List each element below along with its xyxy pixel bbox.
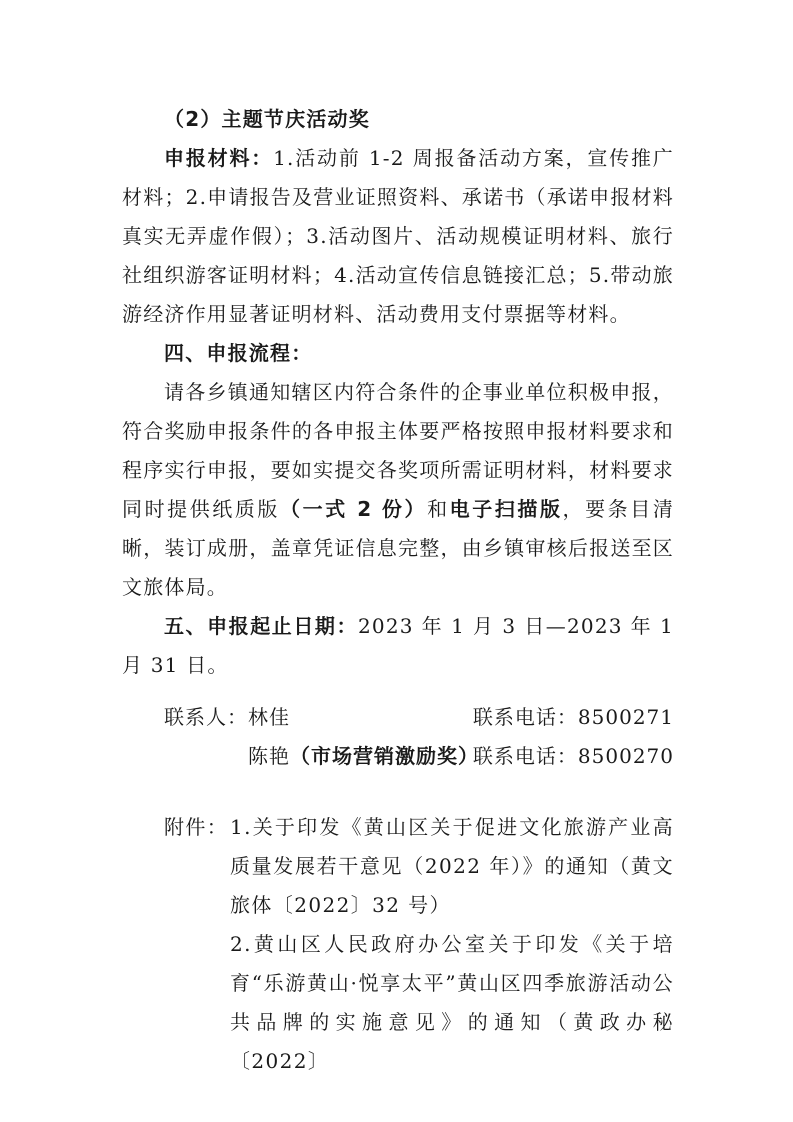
attachments-label: 附件： — [164, 808, 228, 847]
dates-paragraph: 五、申报起止日期：2023 年 1 月 3 日—2023 年 1 月 31 日。 — [122, 607, 674, 685]
contact-name-2: 陈艳 — [248, 744, 290, 768]
document-body: （2）主题节庆活动奖 申报材料：1.活动前 1-2 周报备活动方案，宣传推广材料… — [122, 100, 674, 685]
contact-note-2: （市场营销激励奖） — [290, 744, 479, 768]
process-heading: 四、申报流程： — [122, 334, 674, 373]
award-materials-paragraph: 申报材料：1.活动前 1-2 周报备活动方案，宣传推广材料；2.申请报告及营业证… — [122, 139, 674, 334]
materials-label: 申报材料： — [164, 146, 273, 170]
contact-phone-1: 联系电话：8500271 — [473, 698, 674, 737]
award-heading: （2）主题节庆活动奖 — [122, 100, 674, 139]
contact-person-2: 陈艳（市场营销激励奖） — [248, 737, 479, 776]
attachments-list: 1.关于印发《黄山区关于促进文化旅游产业高质量发展若干意见（2022 年）》的通… — [230, 808, 674, 1081]
attachment-item-2: 2.黄山区人民政府办公室关于印发《关于培育“乐游黄山·悦享太平”黄山区四季旅游活… — [230, 925, 674, 1081]
contact-phone-2: 联系电话：8500270 — [473, 737, 674, 776]
dates-heading: 五、申报起止日期： — [164, 614, 358, 638]
process-paragraph: 请各乡镇通知辖区内符合条件的企事业单位积极申报，符合奖励申报条件的各申报主体要严… — [122, 373, 674, 607]
materials-text: 1.活动前 1-2 周报备活动方案，宣传推广材料；2.申请报告及营业证照资料、承… — [122, 146, 674, 326]
process-copies-bold: （一式 2 份） — [280, 497, 427, 521]
process-scan-bold: 电子扫描版 — [450, 497, 563, 521]
attachment-item-1: 1.关于印发《黄山区关于促进文化旅游产业高质量发展若干意见（2022 年）》的通… — [230, 808, 674, 925]
contact-person-1: 联系人：林佳 — [164, 698, 290, 737]
process-text-and: 和 — [427, 497, 450, 521]
